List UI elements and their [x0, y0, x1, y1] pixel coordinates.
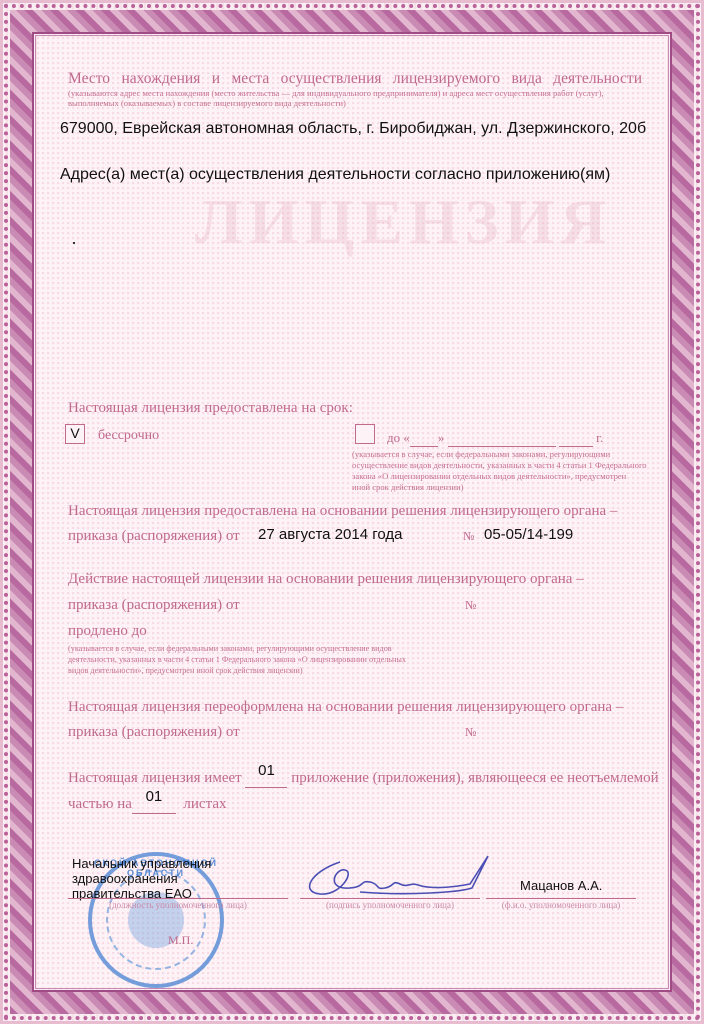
appendix-line1: Настоящая лицензия имеет 01 приложение (… [68, 770, 659, 788]
extended-note-line2: деятельности, указанных в части 4 статьи… [68, 655, 406, 666]
signer-position-line2: здравоохранения [72, 871, 211, 886]
appendix-text-after: приложение (приложения), являющееся ее н… [291, 770, 659, 786]
until-note-line2: осуществление видов деятельности, указан… [352, 460, 647, 471]
activity-addresses-note: Адрес(а) мест(а) осуществления деятельно… [60, 166, 610, 184]
granted-order-date: 27 августа 2014 года [258, 526, 402, 543]
extended-number-label: № [465, 598, 476, 613]
signature-line [300, 898, 480, 899]
until-month-field[interactable] [448, 430, 556, 447]
license-page: ЛИЦЕНЗИЯ Место нахождения и места осущес… [0, 0, 704, 1024]
reissued-number-label: № [465, 725, 476, 740]
checkbox-mark: V [66, 425, 84, 442]
term-heading: Настоящая лицензия предоставлена на срок… [68, 400, 353, 417]
granted-heading: Настоящая лицензия предоставлена на осно… [68, 503, 617, 520]
until-date-line: до « » г. [387, 430, 603, 447]
until-year-field[interactable] [559, 430, 593, 447]
reissued-heading: Настоящая лицензия переоформлена на осно… [68, 699, 623, 716]
sheets-text-before: частью на [68, 796, 132, 812]
appendix-text-before: Настоящая лицензия имеет [68, 770, 242, 786]
appendix-line2: частью на01 листах [68, 796, 226, 814]
watermark-text: ЛИЦЕНЗИЯ [195, 185, 613, 259]
location-note-line1: (указываются адрес места нахождения (мес… [68, 88, 604, 99]
granted-order-number: 05-05/14-199 [484, 526, 573, 543]
appendix-count-field: 01 [245, 770, 287, 788]
position-line [68, 898, 288, 899]
signature-caption: (подпись уполномоченного лица) [300, 900, 480, 910]
license-address: 679000, Еврейская автономная область, г.… [60, 120, 646, 138]
until-note-line4: иной срок действия лицензии) [352, 482, 463, 493]
until-suffix: г. [596, 430, 603, 445]
name-caption: (ф.и.о. уполномоченного лица) [486, 900, 636, 910]
unlimited-term-checkbox[interactable]: V [65, 424, 85, 444]
signature-icon [300, 852, 500, 902]
signer-position-line1: Начальник управления [72, 856, 211, 871]
signer-name: Мацанов А.А. [520, 878, 602, 893]
position-caption: (должность уполномоченного лица) [68, 900, 288, 910]
seal-place-label: М.П. [168, 933, 193, 948]
location-note-line2: выполняемых (оказываемых) в составе лице… [68, 98, 346, 109]
extended-order-label: приказа (распоряжения) от [68, 597, 240, 614]
extended-note-line3: видов деятельности», предусмотрен иной с… [68, 666, 303, 677]
until-day-field[interactable] [410, 430, 438, 447]
appendix-count: 01 [245, 762, 287, 779]
sheets-count-field: 01 [132, 796, 176, 814]
until-prefix: до « [387, 430, 410, 445]
unlimited-term-label: бессрочно [98, 428, 159, 444]
reissued-order-label: приказа (распоряжения) от [68, 724, 240, 741]
granted-order-label: приказа (распоряжения) от [68, 528, 240, 545]
speck [73, 242, 75, 244]
signer-position: Начальник управления здравоохранения пра… [72, 856, 211, 901]
extended-heading: Действие настоящей лицензии на основании… [68, 571, 584, 588]
extended-until-label: продлено до [68, 623, 147, 640]
location-heading: Место нахождения и места осуществления л… [68, 70, 642, 88]
sheets-text-after: листах [183, 796, 226, 812]
until-note-line1: (указывается в случае, если федеральными… [352, 449, 610, 460]
name-line [486, 898, 636, 899]
extended-note-line1: (указывается в случае, если федеральными… [68, 644, 392, 655]
until-note-line3: закона «О лицензировании отдельных видов… [352, 471, 626, 482]
until-quote-close: » [438, 430, 445, 445]
granted-number-label: № [463, 529, 474, 544]
until-date-checkbox[interactable] [355, 424, 375, 444]
sheets-count: 01 [132, 788, 176, 805]
